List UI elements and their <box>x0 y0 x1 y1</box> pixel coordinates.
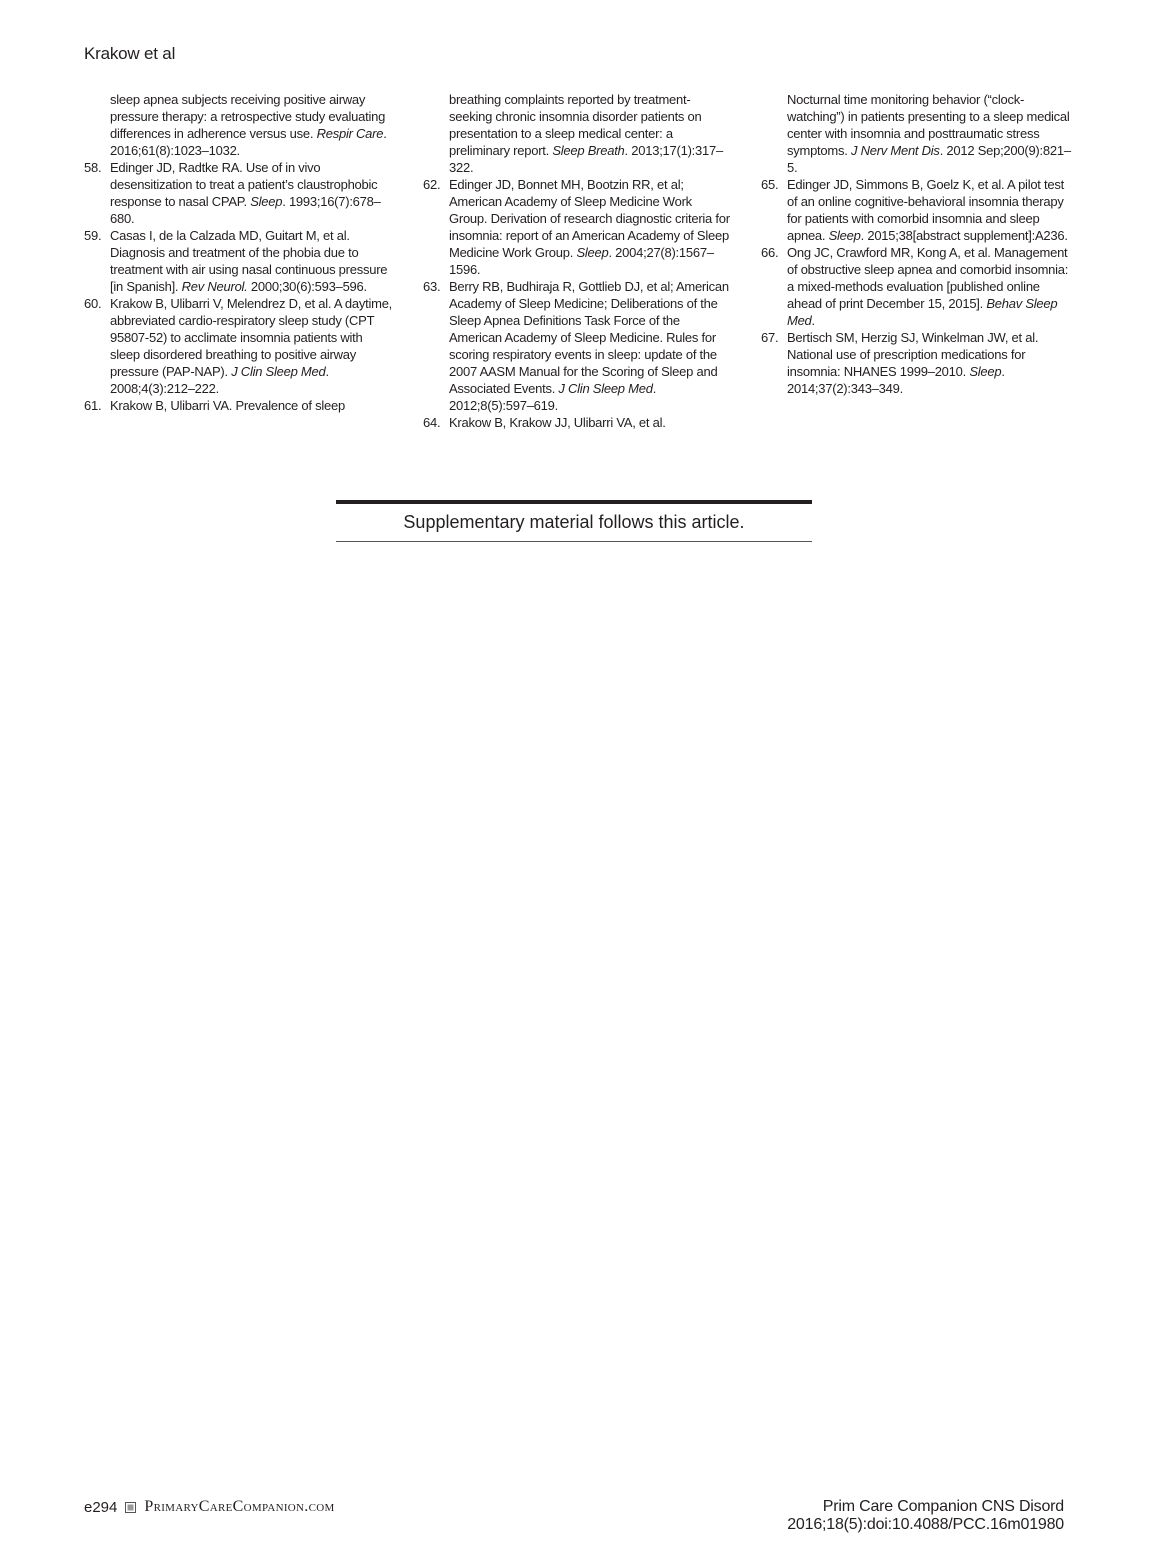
running-head: Krakow et al <box>84 44 175 64</box>
footer-left: e294 PrimaryCareCompanion.com <box>84 1498 335 1516</box>
reference-item: 67.Bertisch SM, Herzig SJ, Winkelman JW,… <box>761 329 1071 397</box>
footer-citation: Prim Care Companion CNS Disord 2016;18(5… <box>787 1498 1064 1534</box>
reference-item: Nocturnal time monitoring behavior (“clo… <box>761 91 1071 176</box>
reference-item: 60.Krakow B, Ulibarri V, Melendrez D, et… <box>84 295 394 397</box>
references-column-1: sleep apnea subjects receiving positive … <box>84 91 394 414</box>
site-link[interactable]: PrimaryCareCompanion.com <box>144 1498 334 1516</box>
reference-item: 62.Edinger JD, Bonnet MH, Bootzin RR, et… <box>423 176 733 278</box>
page-number: e294 <box>84 1499 117 1516</box>
reference-item: 63.Berry RB, Budhiraja R, Gottlieb DJ, e… <box>423 278 733 414</box>
reference-item: 64.Krakow B, Krakow JJ, Ulibarri VA, et … <box>423 414 733 431</box>
references-column-2: breathing complaints reported by treatme… <box>423 91 733 431</box>
journal-name: Prim Care Companion CNS Disord <box>787 1498 1064 1516</box>
references-column-3: Nocturnal time monitoring behavior (“clo… <box>761 91 1071 397</box>
reference-item: 61.Krakow B, Ulibarri VA. Prevalence of … <box>84 397 394 414</box>
reference-item: 59.Casas I, de la Calzada MD, Guitart M,… <box>84 227 394 295</box>
reference-item: breathing complaints reported by treatme… <box>423 91 733 176</box>
reference-item: 58.Edinger JD, Radtke RA. Use of in vivo… <box>84 159 394 227</box>
supplementary-material-note: Supplementary material follows this arti… <box>336 500 812 542</box>
journal-doi: 2016;18(5):doi:10.4088/PCC.16m01980 <box>787 1516 1064 1534</box>
reference-item: 66.Ong JC, Crawford MR, Kong A, et al. M… <box>761 244 1071 329</box>
reference-item: sleep apnea subjects receiving positive … <box>84 91 394 159</box>
square-bullet-icon <box>125 1502 136 1513</box>
reference-item: 65.Edinger JD, Simmons B, Goelz K, et al… <box>761 176 1071 244</box>
